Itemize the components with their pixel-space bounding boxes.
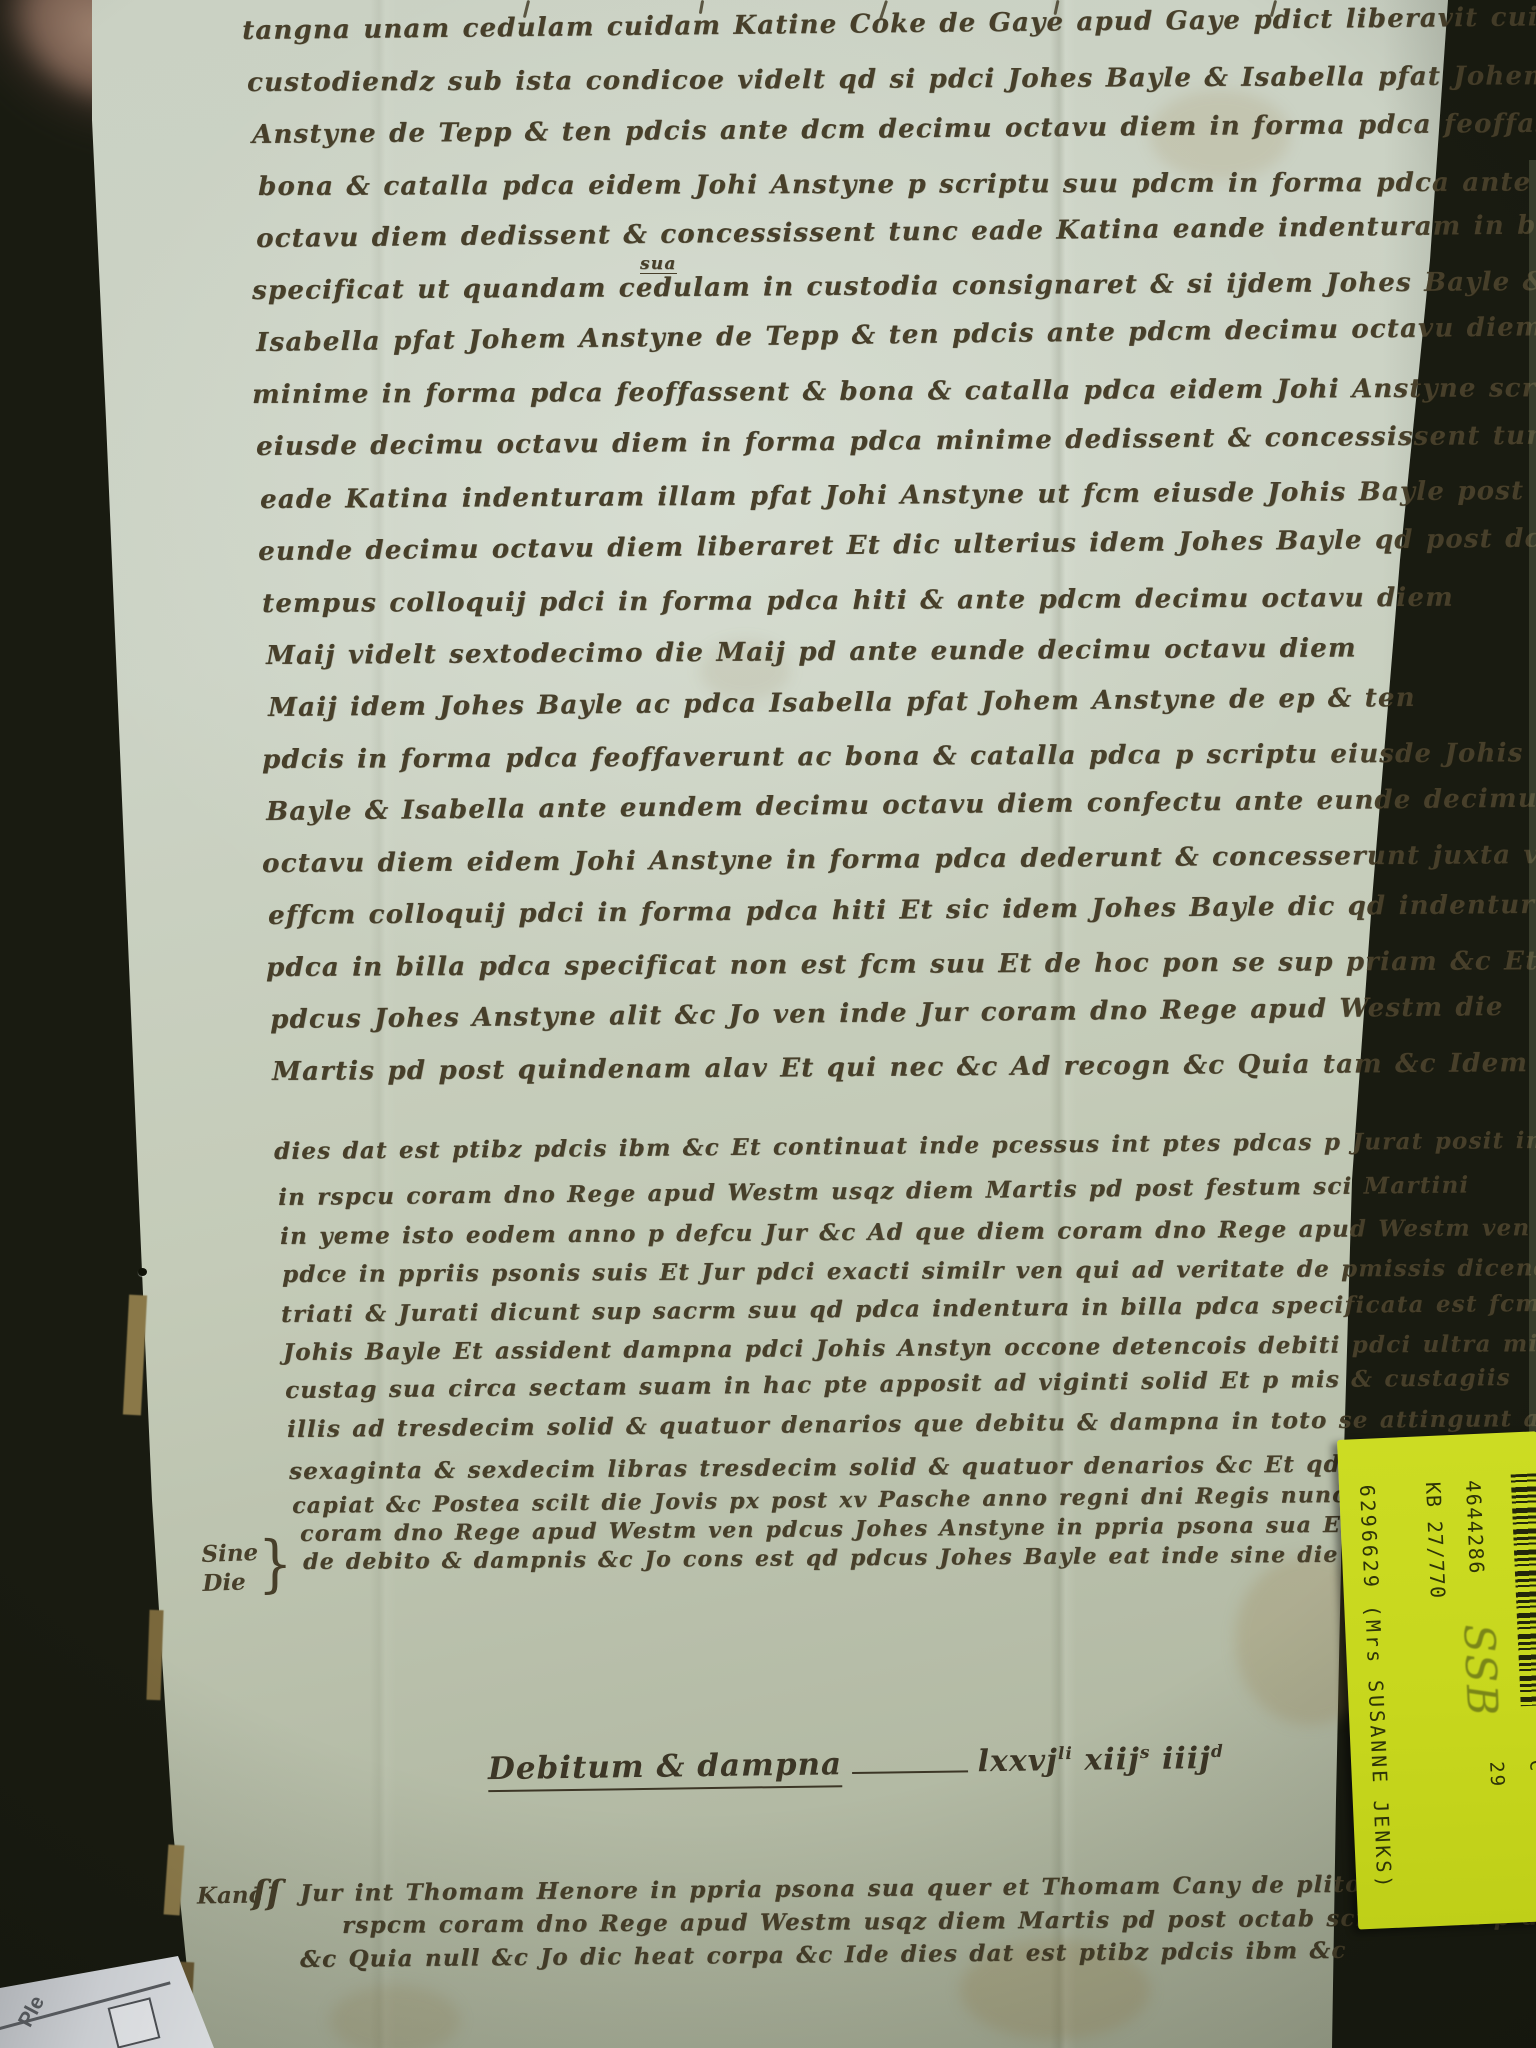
manuscript-line: pdca in billa pdca specificat non est fc… (266, 948, 1536, 981)
archive-label: 4644286 KB 27/770 6296629 (Mrs SUSANNE J… (1337, 1431, 1536, 1929)
label-reference-number: KB 27/770 (1421, 1481, 1450, 1599)
tally-shillings: xiij (1084, 1742, 1140, 1778)
paper-slip-checkbox (108, 1997, 161, 2048)
margin-note-word: Die (202, 1568, 260, 1599)
manuscript-line: bona & catalla pdca eidem Johi Anstyne p… (258, 169, 1536, 200)
manuscript-line: eunde decimu octavu diem liberaret Et di… (258, 525, 1536, 565)
tally-pence: iiij (1162, 1741, 1212, 1777)
manuscript-line: Johis Bayle Et assident dampna pdci Johi… (283, 1332, 1536, 1364)
label-initials: SSB (1454, 1623, 1507, 1719)
bottom-line: &c Quia null &c Jo dic heat corpa &c Ide… (300, 1939, 1347, 1971)
manuscript-line: Bayle & Isabella ante eundem decimu octa… (266, 786, 1536, 825)
interlinear-insertion: sua (640, 256, 677, 274)
tally-pounds: lxxvj (977, 1743, 1058, 1779)
tally-pounds-unit: li (1058, 1744, 1073, 1764)
margin-brace: } (258, 1527, 292, 1599)
manuscript-line: octavu diem eidem Johi Anstyne in forma … (262, 841, 1536, 877)
photograph-stage: tangna unam cedulam cuidam Katine Coke d… (0, 0, 1536, 2048)
manuscript-text-block: tangna unam cedulam cuidam Katine Coke d… (0, 0, 1536, 2048)
bottom-flourish: ſſ (252, 1872, 281, 1915)
manuscript-line: tempus colloquij pdci in forma pdca hiti… (262, 585, 1454, 617)
manuscript-line: minime in forma pdca feoffassent & bona … (252, 375, 1536, 408)
manuscript-line: Isabella pfat Johem Anstyne de Tepp & te… (256, 314, 1536, 356)
manuscript-line: pdce in ppriis psonis suis Et Jur pdci e… (282, 1256, 1536, 1286)
manuscript-line: octavu diem dedissent & concessissent tu… (256, 211, 1536, 252)
manuscript-line: triati & Jurati dicunt sup sacrm suu qd … (281, 1291, 1536, 1326)
manuscript-line: tangna unam cedulam cuidam Katine Coke d… (242, 4, 1536, 44)
manuscript-line: pdcus Johes Anstyne alit &c Jo ven inde … (270, 994, 1504, 1033)
tally-shillings-unit: s (1140, 1743, 1151, 1763)
margin-note-word: Sine (201, 1539, 259, 1570)
manuscript-line: dies dat est ptibz pdcis ibm &c Et conti… (274, 1129, 1536, 1163)
tally-label: Debitum & dampna (488, 1746, 843, 1792)
manuscript-line: specificat ut quandam cedulam in custodi… (252, 269, 1536, 304)
manuscript-line: effcm colloquij pdci in forma pdca hiti … (268, 892, 1536, 929)
margin-note-sine-die: Sine Die (201, 1539, 260, 1598)
manuscript-line: Maij idem Johes Bayle ac pdca Isabella p… (268, 685, 1416, 721)
bottom-line: Jur int Thomam Henore in ppria psona sua… (300, 1871, 1536, 1905)
manuscript-line: illis ad tresdecim solid & quatuor denar… (287, 1407, 1536, 1441)
manuscript-line: Anstyne de Tepp & ten pdcis ante dcm dec… (252, 110, 1536, 148)
manuscript-line: custodiendz sub ista condicoe videlt qd … (247, 63, 1536, 96)
label-reader-number: 6296629 (Mrs SUSANNE JENKS) (1355, 1484, 1397, 1891)
tally-line: Debitum & dampna lxxvjli xiijs iiijd (488, 1741, 1225, 1792)
manuscript-line: de debito & dampnis &c Jo cons est qd pd… (303, 1543, 1385, 1573)
manuscript-line: eiusde decimu octavu diem in forma pdca … (256, 423, 1536, 460)
manuscript-line: Martis pd post quindenam alav Et qui nec… (272, 1050, 1528, 1085)
paper-slip-text: Ple (14, 1992, 50, 2031)
manuscript-line: pdcis in forma pdca feoffaverunt ac bona… (262, 740, 1524, 773)
manuscript-line: in rspcu coram dno Rege apud Westm usqz … (278, 1174, 1470, 1209)
tally-rule (852, 1770, 968, 1774)
label-accession-number: 4644286 (1461, 1480, 1489, 1576)
label-classmark-number: 29 (1485, 1761, 1508, 1789)
manuscript-line: in yeme isto eodem anno p defcu Jur &c A… (280, 1216, 1536, 1248)
barcode-icon (1511, 1473, 1536, 1706)
tally-amount: lxxvjli xiijs iiijd (977, 1741, 1224, 1779)
tally-pence-unit: d (1211, 1742, 1224, 1762)
right-edge-strip (1529, 160, 1536, 1450)
label-classmark-letter: C (1525, 1759, 1536, 1771)
manuscript-line: Maij videlt sextodecimo die Maij pd ante… (266, 635, 1357, 669)
manuscript-line: custag sua circa sectam suam in hac pte … (285, 1366, 1511, 1402)
manuscript-line: eade Katina indenturam illam pfat Johi A… (260, 478, 1524, 513)
